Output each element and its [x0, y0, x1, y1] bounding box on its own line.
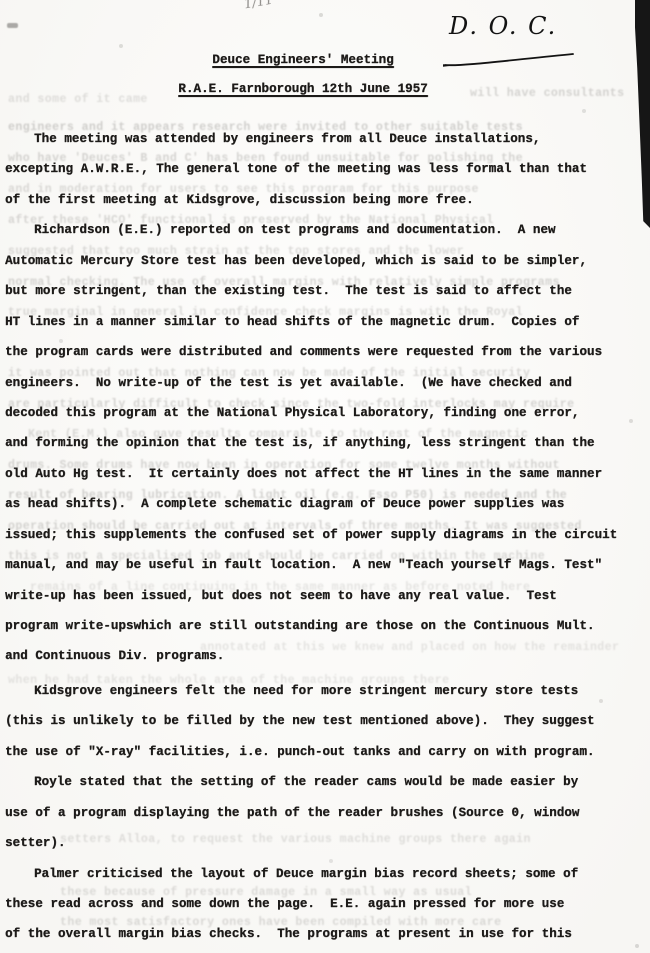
bleed-through-text: engineers and it appears research were i…	[8, 121, 523, 134]
doc-mark-text: D. O. C.	[449, 12, 557, 40]
text-line: Royle stated that the setting of the rea…	[5, 767, 645, 797]
scanned-document-page: 1/11 D. O. C. Deuce Engineers' Meeting R…	[0, 0, 650, 953]
bleed-through-text: this is not a specialised job and should…	[8, 550, 545, 563]
bleed-through-text: annotated at this we knew and placed on …	[200, 641, 619, 654]
scan-smudge	[7, 23, 18, 28]
paragraph: Kidsgrove engineers felt the need for mo…	[5, 676, 645, 767]
bleed-through-text: normal checking. The use of overall marg…	[8, 276, 560, 289]
bleed-through-text: remains of a line continuing in the same…	[30, 581, 530, 594]
text-line: use of a program displaying the path of …	[5, 798, 645, 828]
bleed-through-text: operation should be carried out at inter…	[8, 520, 582, 533]
bleed-through-text: will have consultants	[470, 87, 625, 100]
bleed-through-text: suggested that too much strain at the to…	[8, 245, 464, 258]
bleed-through-text: result of bearing lubrication. A light o…	[8, 489, 567, 502]
bleed-through-text: it was pointed out that nothing can now …	[8, 367, 530, 380]
bleed-through-text: setters Alloa, to request the various ma…	[60, 833, 531, 846]
document-title: Deuce Engineers' Meeting	[0, 53, 606, 67]
bleed-through-text: after these 'HCO' functional is preserve…	[8, 214, 494, 227]
bleed-through-text: Kent (E.M.) also gave results comparable…	[28, 428, 528, 441]
bleed-through-text: true marginal in general in confidence c…	[8, 306, 523, 319]
paragraph: The meeting was attended by engineers fr…	[5, 124, 645, 215]
bleed-through-text: who have 'Deuces' B and C' has been foun…	[8, 152, 523, 165]
bleed-through-text: and some of it came	[8, 93, 148, 106]
text-line: (this is unlikely to be filled by the ne…	[5, 706, 645, 736]
text-line: the use of "X-ray" facilities, i.e. punc…	[5, 737, 645, 767]
bleed-through-text: drums. Some drums have now been in opera…	[8, 459, 560, 472]
bleed-through-text: are particularly difficult to check sinc…	[8, 398, 575, 411]
bleed-through-text: and in moderation for users to see this …	[8, 183, 479, 196]
text-line: Palmer criticised the layout of Deuce ma…	[5, 859, 645, 889]
bleed-through-text: these because of pressure damage in a sm…	[60, 886, 472, 899]
pen-mark: 1/11	[243, 0, 274, 12]
paragraph: Palmer criticised the layout of Deuce ma…	[5, 859, 645, 950]
bleed-through-text: the most satisfactory ones have been com…	[60, 916, 501, 929]
paper-specks	[0, 0, 2, 2]
bleed-through-text: when he had taken the whole area of the …	[8, 674, 449, 687]
text-line: the program cards were distributed and c…	[5, 337, 645, 367]
text-line: program write-upswhich are still outstan…	[5, 611, 645, 641]
